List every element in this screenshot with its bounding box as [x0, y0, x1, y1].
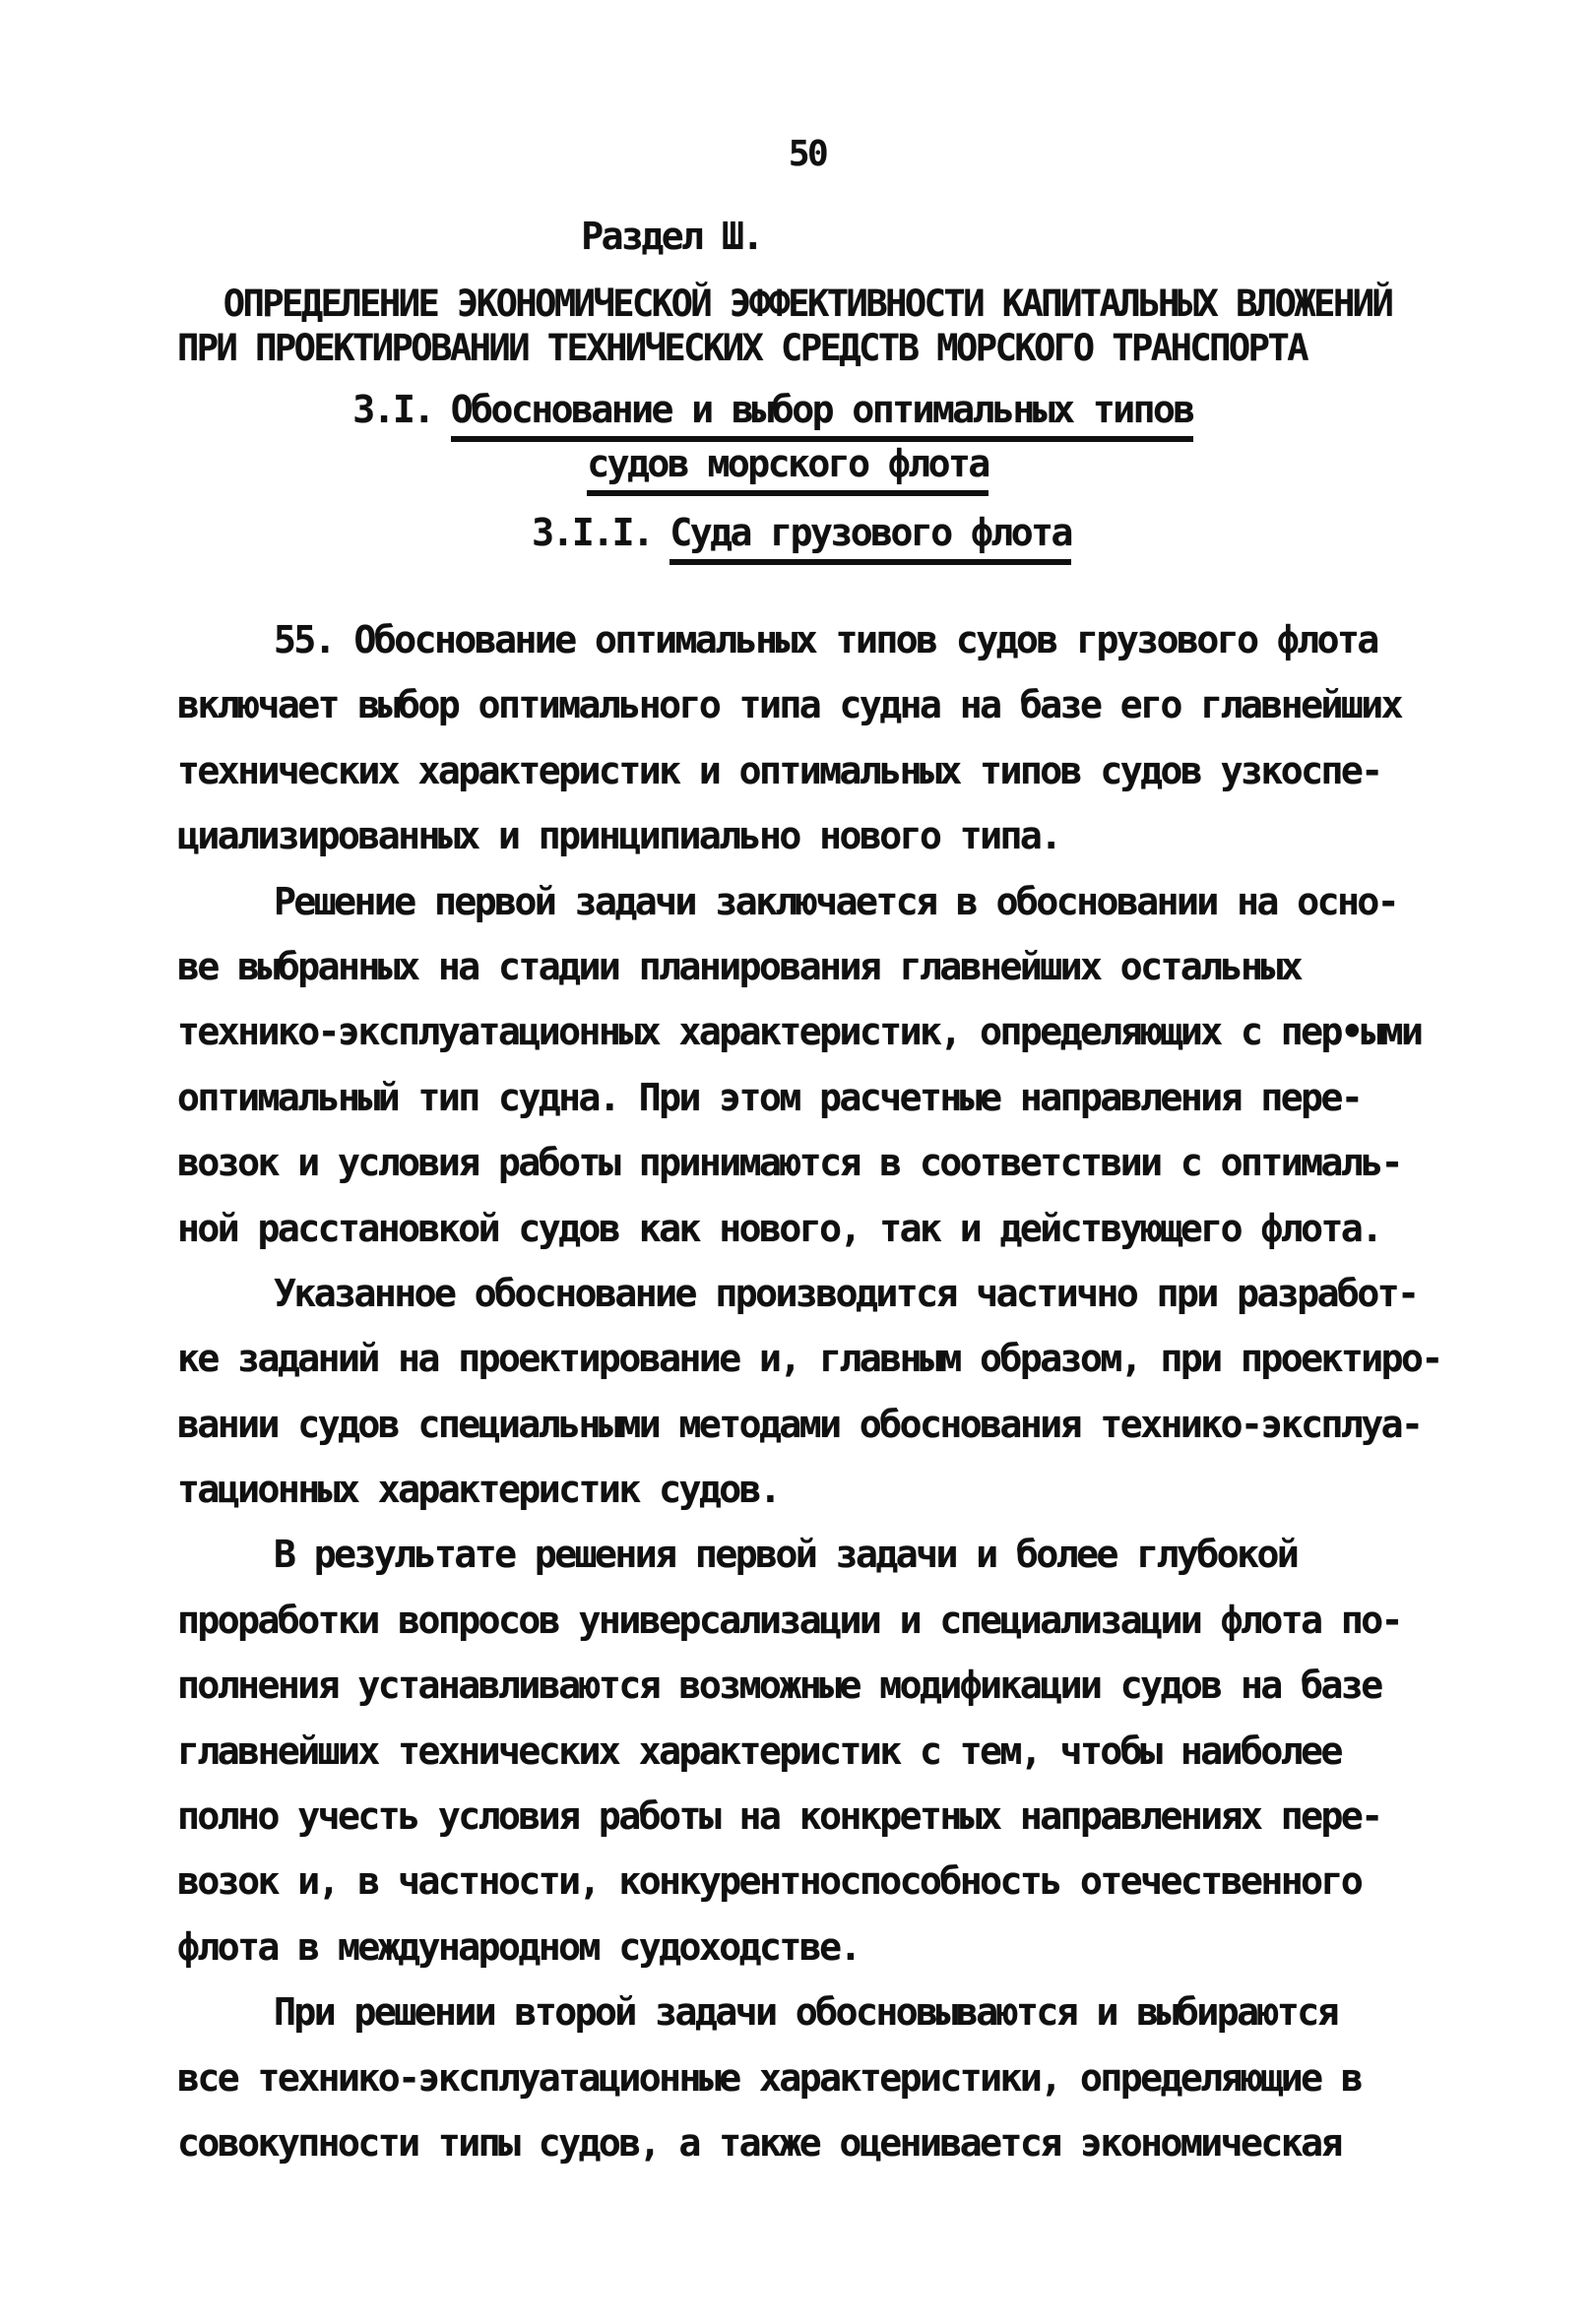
subsubsection-number: 3.I.I.: [532, 511, 652, 554]
text-line: проработки вопросов универсализации и сп…: [177, 1588, 1442, 1653]
text-line: тационных характеристик судов.: [177, 1457, 1442, 1522]
subsection-title-line-2: судов морского флота: [587, 442, 988, 496]
subsubsection-heading: 3.I.I.Суда грузового флота: [177, 513, 1437, 552]
text-line: ке заданий на проектирование и, главным …: [177, 1326, 1442, 1391]
text-line: Указанное обоснование производится части…: [177, 1261, 1442, 1326]
text-line: технико-эксплуатационных характеристик, …: [177, 999, 1442, 1064]
text-line: возок и условия работы принимаются в соо…: [177, 1130, 1442, 1195]
subsection-heading-line-2: судов морского флота: [177, 444, 1437, 498]
section-label-text: Раздел Ш.: [581, 215, 761, 258]
document-title-line-1: ОПРЕДЕЛЕНИЕ ЭКОНОМИЧЕСКОЙ ЭФФЕКТИВНОСТИ …: [177, 282, 1437, 326]
text-line: совокупности типы судов, а также оценива…: [177, 2110, 1442, 2175]
text-line: При решении второй задачи обосновываются…: [177, 1979, 1442, 2044]
section-label: Раздел Ш.: [177, 216, 1437, 257]
text-line: циализированных и принципиально нового т…: [177, 803, 1442, 868]
text-line: полнения устанавливаются возможные модиф…: [177, 1653, 1442, 1718]
text-line: оптимальный тип судна. При этом расчетны…: [177, 1065, 1442, 1130]
text-line: ве выбранных на стадии планирования глав…: [177, 934, 1442, 999]
subsubsection-title: Суда грузового флота: [669, 511, 1071, 565]
text-line: включает выбор оптимального типа судна н…: [177, 672, 1442, 737]
text-line: все технико-эксплуатационные характерист…: [177, 2045, 1442, 2110]
subsection-number: 3.I.: [352, 388, 433, 431]
subsection-heading-line-1: 3.I.Обоснование и выбор оптимальных типо…: [177, 390, 1437, 444]
text-line: технических характеристик и оптимальных …: [177, 738, 1442, 803]
text-line: возок и, в частности, конкурентноспособн…: [177, 1849, 1442, 1914]
page-number: 50: [177, 134, 1437, 174]
subsection-heading: 3.I.Обоснование и выбор оптимальных типо…: [177, 390, 1437, 498]
document-page: 50 Раздел Ш. ОПРЕДЕЛЕНИЕ ЭКОНОМИЧЕСКОЙ Э…: [0, 0, 1594, 2324]
text-line: главнейших технических характеристик с т…: [177, 1719, 1442, 1784]
text-line: 55. Обоснование оптимальных типов судов …: [177, 607, 1442, 672]
document-title: ОПРЕДЕЛЕНИЕ ЭКОНОМИЧЕСКОЙ ЭФФЕКТИВНОСТИ …: [177, 282, 1437, 370]
text-line: вании судов специальными методами обосно…: [177, 1392, 1442, 1457]
text-line: флота в международном судоходстве.: [177, 1915, 1442, 1979]
text-line: В результате решения первой задачи и бол…: [177, 1522, 1442, 1587]
document-body: 55. Обоснование оптимальных типов судов …: [177, 607, 1442, 2175]
subsection-title-line-1: Обоснование и выбор оптимальных типов: [451, 388, 1193, 442]
text-line: Решение первой задачи заключается в обос…: [177, 869, 1442, 934]
text-line: полно учесть условия работы на конкретны…: [177, 1784, 1442, 1849]
document-title-line-2: ПРИ ПРОЕКТИРОВАНИИ ТЕХНИЧЕСКИХ СРЕДСТВ М…: [177, 326, 1437, 370]
text-line: ной расстановкой судов как нового, так и…: [177, 1196, 1442, 1261]
